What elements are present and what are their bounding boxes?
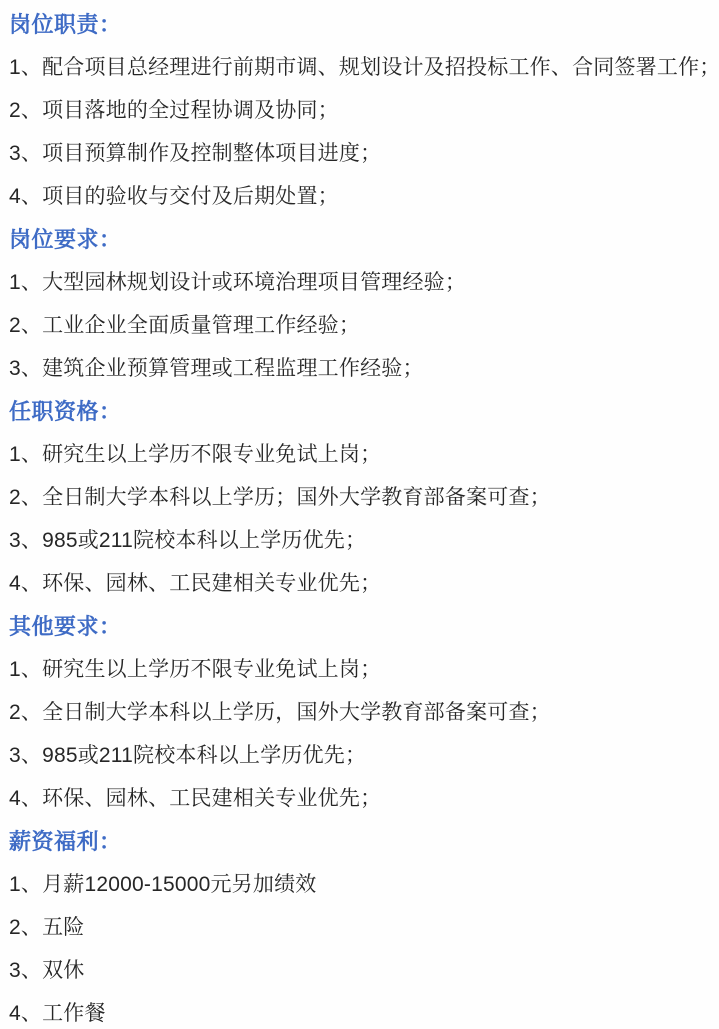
list-item: 1、月薪12000-15000元另加绩效 (9, 863, 713, 906)
section-qualifications: 任职资格： 1、研究生以上学历不限专业免试上岗； 2、全日制大学本科以上学历；国… (9, 390, 713, 605)
list-item: 1、研究生以上学历不限专业免试上岗； (9, 433, 713, 476)
section-job-responsibilities: 岗位职责： 1、配合项目总经理进行前期市调、规划设计及招投标工作、合同签署工作；… (9, 3, 713, 218)
job-posting-document: 岗位职责： 1、配合项目总经理进行前期市调、规划设计及招投标工作、合同签署工作；… (0, 0, 719, 1029)
list-item: 2、项目落地的全过程协调及协同； (9, 89, 713, 132)
section-heading: 岗位要求： (9, 218, 713, 261)
list-item: 3、双休 (9, 949, 713, 992)
list-item: 2、工业企业全面质量管理工作经验； (9, 304, 713, 347)
list-item: 2、五险 (9, 906, 713, 949)
list-item: 4、环保、园林、工民建相关专业优先； (9, 562, 713, 605)
section-job-requirements: 岗位要求： 1、大型园林规划设计或环境治理项目管理经验； 2、工业企业全面质量管… (9, 218, 713, 390)
list-item: 1、配合项目总经理进行前期市调、规划设计及招投标工作、合同签署工作； (9, 46, 713, 89)
list-item: 1、大型园林规划设计或环境治理项目管理经验； (9, 261, 713, 304)
list-item: 1、研究生以上学历不限专业免试上岗； (9, 648, 713, 691)
section-heading: 任职资格： (9, 390, 713, 433)
section-salary-benefits: 薪资福利： 1、月薪12000-15000元另加绩效 2、五险 3、双休 4、工… (9, 820, 713, 1029)
section-other-requirements: 其他要求： 1、研究生以上学历不限专业免试上岗； 2、全日制大学本科以上学历，国… (9, 605, 713, 820)
list-item: 2、全日制大学本科以上学历；国外大学教育部备案可查； (9, 476, 713, 519)
list-item: 4、环保、园林、工民建相关专业优先； (9, 777, 713, 820)
list-item: 4、工作餐 (9, 992, 713, 1029)
section-heading: 其他要求： (9, 605, 713, 648)
list-item: 3、项目预算制作及控制整体项目进度； (9, 132, 713, 175)
list-item: 3、985或211院校本科以上学历优先； (9, 519, 713, 562)
list-item: 4、项目的验收与交付及后期处置； (9, 175, 713, 218)
section-heading: 薪资福利： (9, 820, 713, 863)
list-item: 3、建筑企业预算管理或工程监理工作经验； (9, 347, 713, 390)
list-item: 2、全日制大学本科以上学历，国外大学教育部备案可查； (9, 691, 713, 734)
section-heading: 岗位职责： (9, 3, 713, 46)
list-item: 3、985或211院校本科以上学历优先； (9, 734, 713, 777)
